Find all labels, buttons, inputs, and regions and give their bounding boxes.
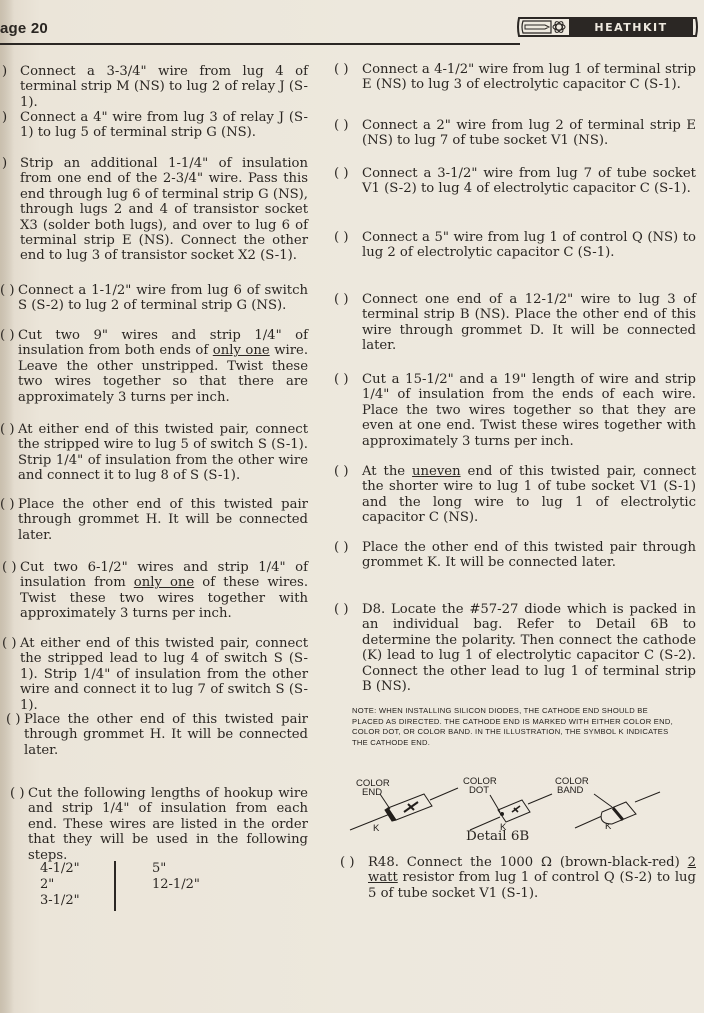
wire-length: 4-1/2" (40, 861, 80, 877)
emphasis: only one (134, 575, 194, 590)
diode-note: NOTE: WHEN INSTALLING SILICON DIODES, TH… (352, 706, 682, 748)
step-text: At the uneven end of this twisted pair, … (334, 464, 696, 526)
checkbox[interactable]: ( ) (0, 497, 14, 512)
checkbox[interactable]: ( ) (2, 636, 16, 651)
step-text: Connect one end of a 12-1/2" wire to lug… (334, 292, 696, 354)
wire-length-list-1: 4-1/2" 2" 3-1/2" (40, 861, 80, 909)
right-step: ( )At the uneven end of this twisted pai… (334, 464, 696, 526)
right-step: ( )Connect a 3-1/2" wire from lug 7 of t… (334, 166, 696, 197)
emphasis: 2 watt (368, 855, 696, 885)
right-step: ( )Connect one end of a 12-1/2" wire to … (334, 292, 696, 354)
wire-list-divider (114, 861, 116, 911)
emphasis: uneven (412, 464, 461, 479)
checkbox[interactable]: ( ) (340, 855, 354, 870)
checkbox[interactable]: ( ) (0, 328, 14, 343)
left-step: ( )Cut the following lengths of hookup w… (10, 786, 308, 863)
checkbox[interactable]: ( ) (0, 283, 14, 298)
svg-text:END: END (362, 787, 382, 798)
step-text: Cut a 15-1/2" and a 19" length of wire a… (334, 372, 696, 449)
svg-text:K: K (373, 823, 380, 834)
svg-text:HEATHKIT: HEATHKIT (594, 21, 667, 34)
left-step: )Connect a 3-3/4" wire from lug 4 of ter… (2, 64, 308, 110)
step-text: D8. Locate the #57-27 diode which is pac… (334, 602, 696, 694)
step-text: Place the other end of this twisted pair… (334, 540, 696, 571)
step-text: Connect a 2" wire from lug 2 of terminal… (334, 118, 696, 149)
step-text: At either end of this twisted pair, conn… (2, 636, 308, 713)
checkbox[interactable]: ( ) (334, 118, 348, 133)
figure-caption: Detail 6B (466, 829, 529, 844)
checkbox[interactable]: ( ) (2, 560, 16, 575)
right-step: ( )Place the other end of this twisted p… (334, 540, 696, 571)
header-rule (0, 43, 520, 45)
left-step: ( )Connect a 1-1/2" wire from lug 6 of s… (0, 283, 308, 314)
right-step: ( )R48. Connect the 1000 Ω (brown-black-… (340, 855, 696, 901)
checkbox[interactable]: ( ) (334, 602, 348, 617)
svg-text:DOT: DOT (469, 785, 489, 796)
step-text: Place the other end of this twisted pair… (6, 712, 308, 758)
checkbox[interactable]: ( ) (334, 540, 348, 555)
checkbox[interactable]: ( ) (6, 712, 20, 727)
checkbox[interactable]: ( ) (334, 372, 348, 387)
right-step: ( )Cut a 15-1/2" and a 19" length of wir… (334, 372, 696, 449)
checkbox[interactable]: ( ) (334, 62, 348, 77)
wire-length-list-2: 5" 12-1/2" (152, 861, 200, 893)
wire-length: 2" (40, 877, 80, 893)
heathkit-logo: HEATHKIT (515, 14, 700, 40)
checkbox[interactable]: ( ) (10, 786, 24, 801)
step-text: Place the other end of this twisted pair… (0, 497, 308, 543)
checkbox[interactable]: ) (2, 64, 7, 79)
step-text: Connect a 4" wire from lug 3 of relay J … (2, 110, 308, 141)
right-step: ( )D8. Locate the #57-27 diode which is … (334, 602, 696, 694)
step-text: Connect a 4-1/2" wire from lug 1 of term… (334, 62, 696, 93)
step-text: Cut the following lengths of hookup wire… (10, 786, 308, 863)
step-text: Connect a 3-3/4" wire from lug 4 of term… (2, 64, 308, 110)
checkbox[interactable]: ( ) (334, 464, 348, 479)
step-text: Cut two 6-1/2" wires and strip 1/4" of i… (2, 560, 308, 622)
checkbox[interactable]: ) (2, 156, 7, 171)
svg-text:BAND: BAND (557, 785, 584, 796)
step-text: Connect a 5" wire from lug 1 of control … (334, 230, 696, 261)
wire-length: 12-1/2" (152, 877, 200, 893)
step-text: Connect a 3-1/2" wire from lug 7 of tube… (334, 166, 696, 197)
left-step: ( )Cut two 6-1/2" wires and strip 1/4" o… (2, 560, 308, 622)
left-step: ( )At either end of this twisted pair, c… (0, 422, 308, 484)
checkbox[interactable]: ( ) (334, 166, 348, 181)
left-step: ( )Place the other end of this twisted p… (0, 497, 308, 543)
checkbox[interactable]: ( ) (334, 292, 348, 307)
checkbox[interactable]: ( ) (0, 422, 14, 437)
right-step: ( )Connect a 4-1/2" wire from lug 1 of t… (334, 62, 696, 93)
step-text: Cut two 9" wires and strip 1/4" of insul… (0, 328, 308, 405)
right-step: ( )Connect a 5" wire from lug 1 of contr… (334, 230, 696, 261)
emphasis: only one (213, 343, 270, 358)
step-text: At either end of this twisted pair, conn… (0, 422, 308, 484)
left-step: )Strip an additional 1-1/4" of insulatio… (2, 156, 308, 264)
left-step: )Connect a 4" wire from lug 3 of relay J… (2, 110, 308, 141)
page-number: age 20 (0, 20, 48, 37)
left-step: ( )Cut two 9" wires and strip 1/4" of in… (0, 328, 308, 405)
manual-page: age 20 HEATHKIT 4-1/2" 2" 3-1/2" 5" 12-1… (0, 0, 704, 1013)
wire-length: 5" (152, 861, 200, 877)
step-text: Connect a 1-1/2" wire from lug 6 of swit… (0, 283, 308, 314)
left-step: ( )Place the other end of this twisted p… (6, 712, 308, 758)
step-text: R48. Connect the 1000 Ω (brown-black-red… (340, 855, 696, 901)
checkbox[interactable]: ( ) (334, 230, 348, 245)
checkbox[interactable]: ) (2, 110, 7, 125)
right-step: ( )Connect a 2" wire from lug 2 of termi… (334, 118, 696, 149)
wire-length: 3-1/2" (40, 893, 80, 909)
step-text: Strip an additional 1-1/4" of insulation… (2, 156, 308, 264)
left-step: ( )At either end of this twisted pair, c… (2, 636, 308, 713)
